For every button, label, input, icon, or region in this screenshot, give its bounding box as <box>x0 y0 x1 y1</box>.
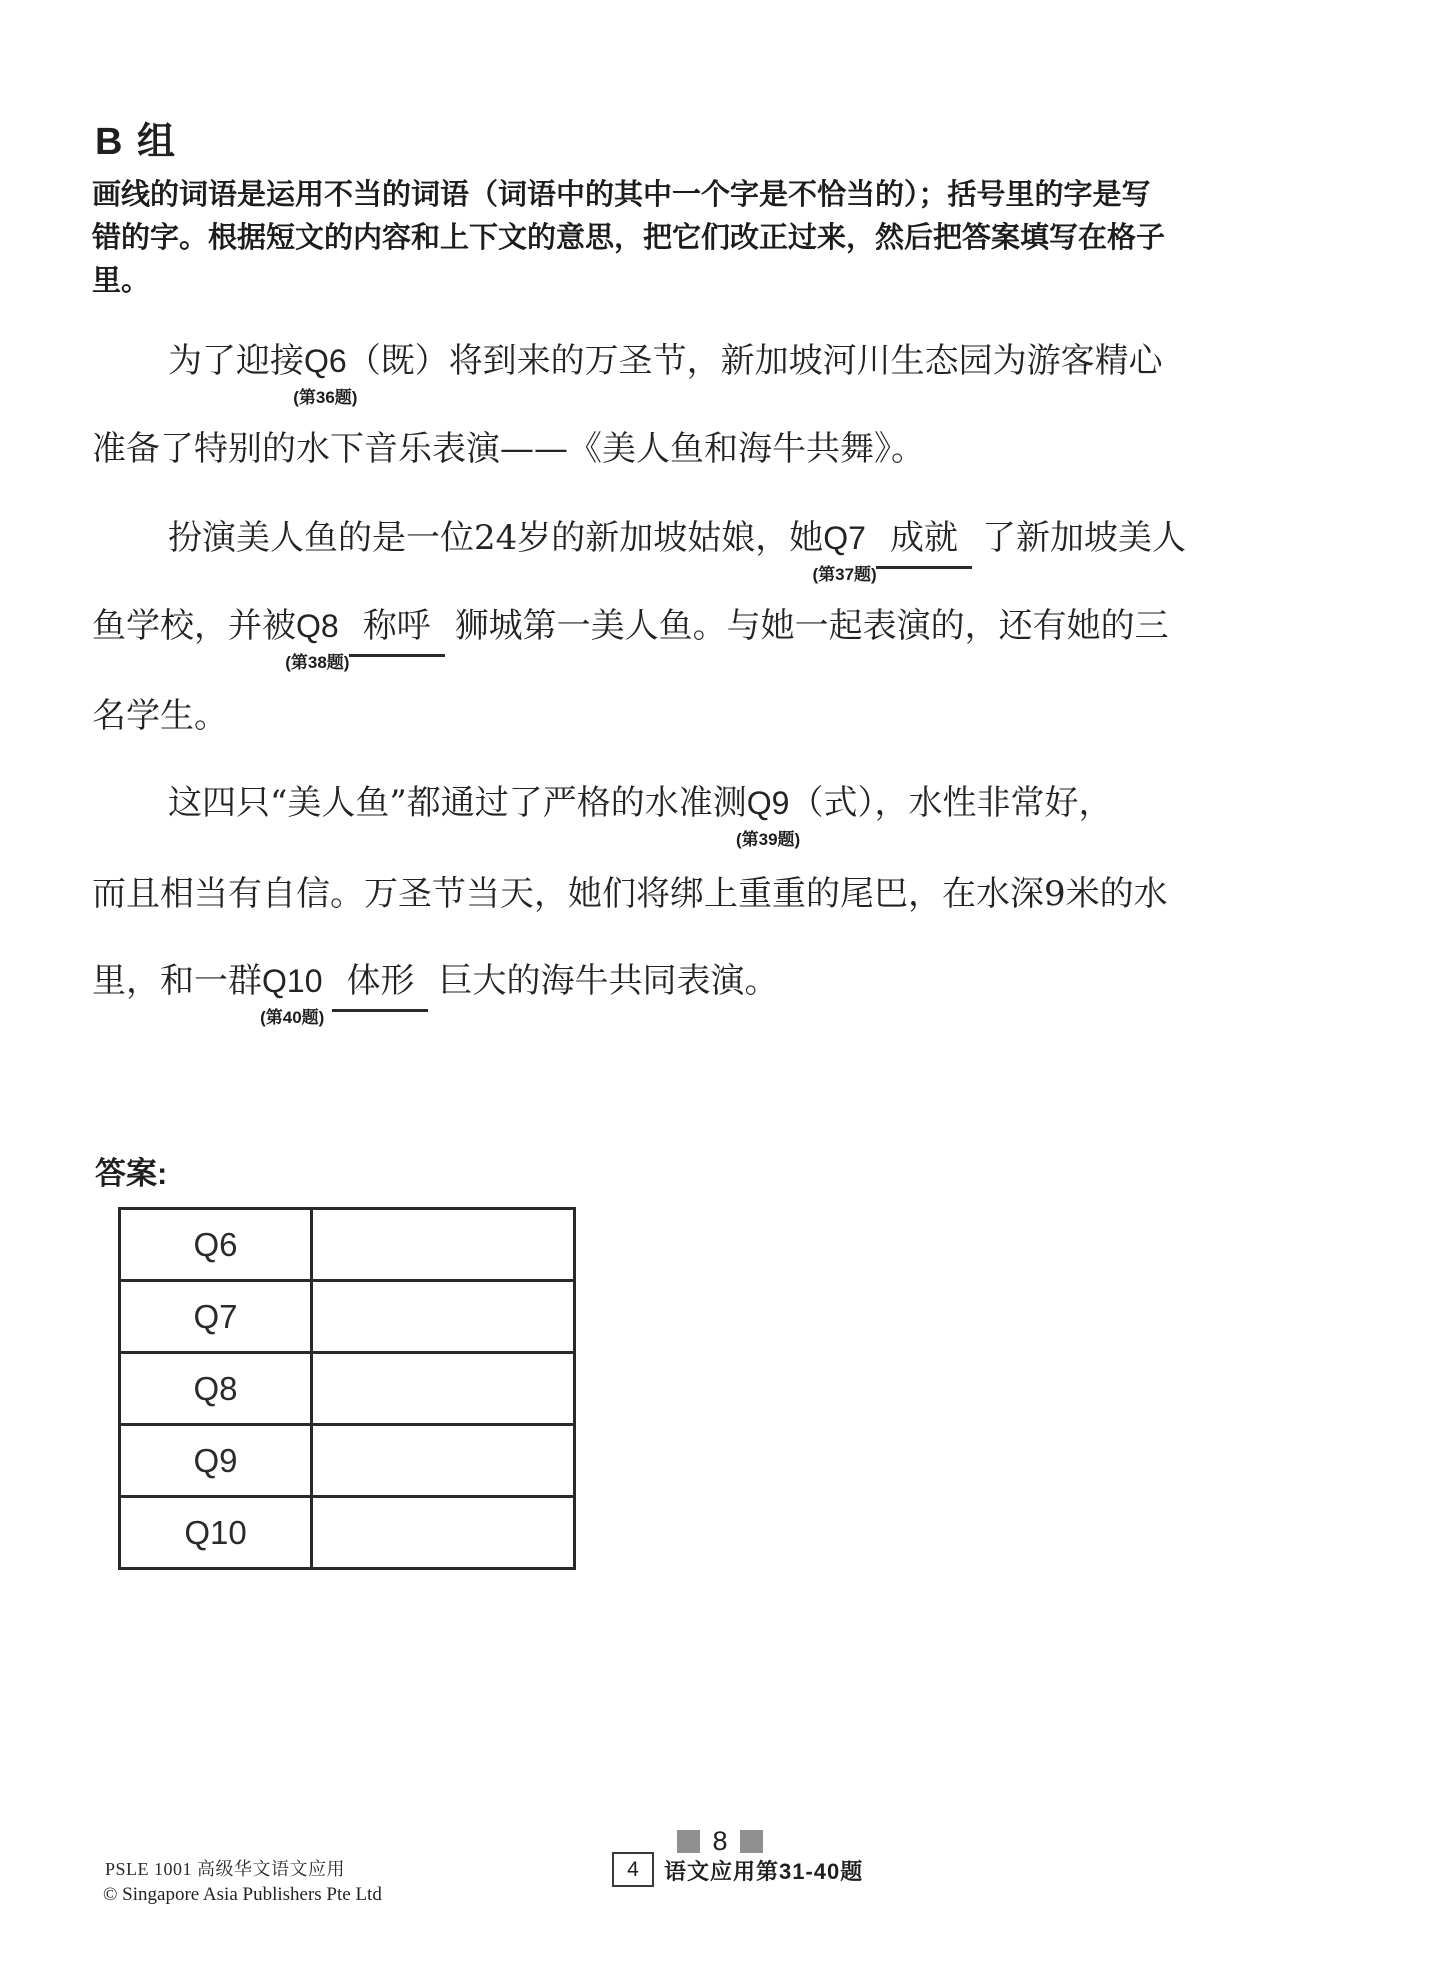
passage-text: 巨大的海牛共同表演。 <box>438 961 778 1001</box>
underlined-word: 体形 <box>332 961 428 1012</box>
question-sublabel: (第38题) <box>285 648 349 673</box>
table-row: Q10 <box>120 1497 575 1569</box>
passage-line-p1l2: 准备了特别的水下音乐表演——《美人鱼和海牛共舞》。 <box>92 421 925 470</box>
passage-text: 为了迎接 <box>168 341 304 381</box>
passage-line-p2l3: 名学生。 <box>92 688 228 737</box>
footer-section-number: 4 <box>612 1852 654 1887</box>
passage-text: 这四只“美人鱼”都通过了严格的水准测 <box>168 783 747 823</box>
passage-text: 了新加坡美人 <box>982 518 1186 558</box>
answer-row-label-q8: Q8 <box>120 1353 312 1425</box>
footer-book-title: PSLE 1001 高级华文语文应用 <box>105 1855 345 1881</box>
question-number: Q9 <box>747 785 790 821</box>
passage-line-p2l1: 扮演美人鱼的是一位24岁的新加坡姑娘，她Q7(第37题)成就了新加坡美人 <box>92 510 1186 559</box>
instructions-line-3: 里。 <box>92 258 1362 299</box>
bracketed-word: （式） <box>789 783 874 823</box>
passage-text: 鱼学校，并被 <box>92 606 296 646</box>
section-title: B 组 <box>95 110 177 165</box>
page-number-block: 8 <box>660 1826 780 1857</box>
question-sublabel: (第36题) <box>293 383 357 408</box>
answer-cell-q7[interactable] <box>312 1281 575 1353</box>
question-number: Q8 <box>296 608 339 644</box>
footer-section-label: 语文应用第31-40题 <box>664 1855 863 1886</box>
passage-line-p3l2: 而且相当有自信。万圣节当天，她们将绑上重重的尾巴，在水深9米的水 <box>92 866 1168 915</box>
instructions-line-2: 错的字。根据短文的内容和上下文的意思，把它们改正过来，然后把答案填写在格子 <box>92 215 1362 256</box>
page-number: 8 <box>712 1826 727 1857</box>
passage-line-p2l2: 鱼学校，并被Q8(第38题)称呼狮城第一美人鱼。与她一起表演的，还有她的三 <box>92 598 1169 647</box>
question-number: Q7 <box>823 520 866 556</box>
answer-cell-q9[interactable] <box>312 1425 575 1497</box>
question-marker-q6: Q6(第36题) <box>304 341 347 381</box>
bracketed-word: （既） <box>347 341 449 381</box>
passage-line-p1l1: 为了迎接Q6(第36题)（既）将到来的万圣节，新加坡河川生态园为游客精心 <box>92 333 1163 382</box>
question-sublabel: (第37题) <box>812 560 876 585</box>
answer-row-label-q10: Q10 <box>120 1497 312 1569</box>
table-row: Q9 <box>120 1425 575 1497</box>
table-row: Q8 <box>120 1353 575 1425</box>
underlined-word: 称呼 <box>349 606 445 657</box>
table-row: Q7 <box>120 1281 575 1353</box>
question-number: Q10 <box>262 963 322 999</box>
underlined-word: 成就 <box>876 518 972 569</box>
passage-text: 将到来的万圣节，新加坡河川生态园为游客精心 <box>449 341 1163 381</box>
answer-row-label-q6: Q6 <box>120 1209 312 1281</box>
question-marker-q9: Q9(第39题) <box>747 783 790 823</box>
answer-cell-q8[interactable] <box>312 1353 575 1425</box>
footer-copyright: © Singapore Asia Publishers Pte Ltd <box>103 1884 382 1906</box>
answer-row-label-q9: Q9 <box>120 1425 312 1497</box>
answers-table: Q6 Q7 Q8 Q9 Q10 <box>118 1207 576 1570</box>
passage-text: 里，和一群 <box>92 961 262 1001</box>
question-marker-q8: Q8(第38题) <box>296 606 339 646</box>
question-sublabel: (第40题) <box>260 1003 324 1028</box>
question-sublabel: (第39题) <box>736 825 800 850</box>
page-number-square-icon <box>677 1830 700 1853</box>
answer-cell-q6[interactable] <box>312 1209 575 1281</box>
instructions-line-1: 画线的词语是运用不当的词语（词语中的其中一个字是不恰当的）；括号里的字是写 <box>92 172 1362 213</box>
question-marker-q10: Q10(第40题) <box>262 961 322 1001</box>
question-marker-q7: Q7(第37题) <box>823 518 866 558</box>
passage-text: ，水性非常好， <box>874 783 1112 823</box>
answer-row-label-q7: Q7 <box>120 1281 312 1353</box>
passage-text: 狮城第一美人鱼。与她一起表演的，还有她的三 <box>455 606 1169 646</box>
passage-text: 扮演美人鱼的是一位24岁的新加坡姑娘，她 <box>168 518 823 558</box>
passage-line-p3l3: 里，和一群Q10(第40题)体形巨大的海牛共同表演。 <box>92 953 778 1002</box>
answer-cell-q10[interactable] <box>312 1497 575 1569</box>
question-number: Q6 <box>304 343 347 379</box>
worksheet-page: B 组 画线的词语是运用不当的词语（词语中的其中一个字是不恰当的）；括号里的字是… <box>0 0 1445 1973</box>
page-number-square-icon <box>740 1830 763 1853</box>
passage-line-p3l1: 这四只“美人鱼”都通过了严格的水准测Q9(第39题)（式），水性非常好， <box>92 775 1112 824</box>
answers-label: 答案: <box>95 1148 167 1193</box>
table-row: Q6 <box>120 1209 575 1281</box>
